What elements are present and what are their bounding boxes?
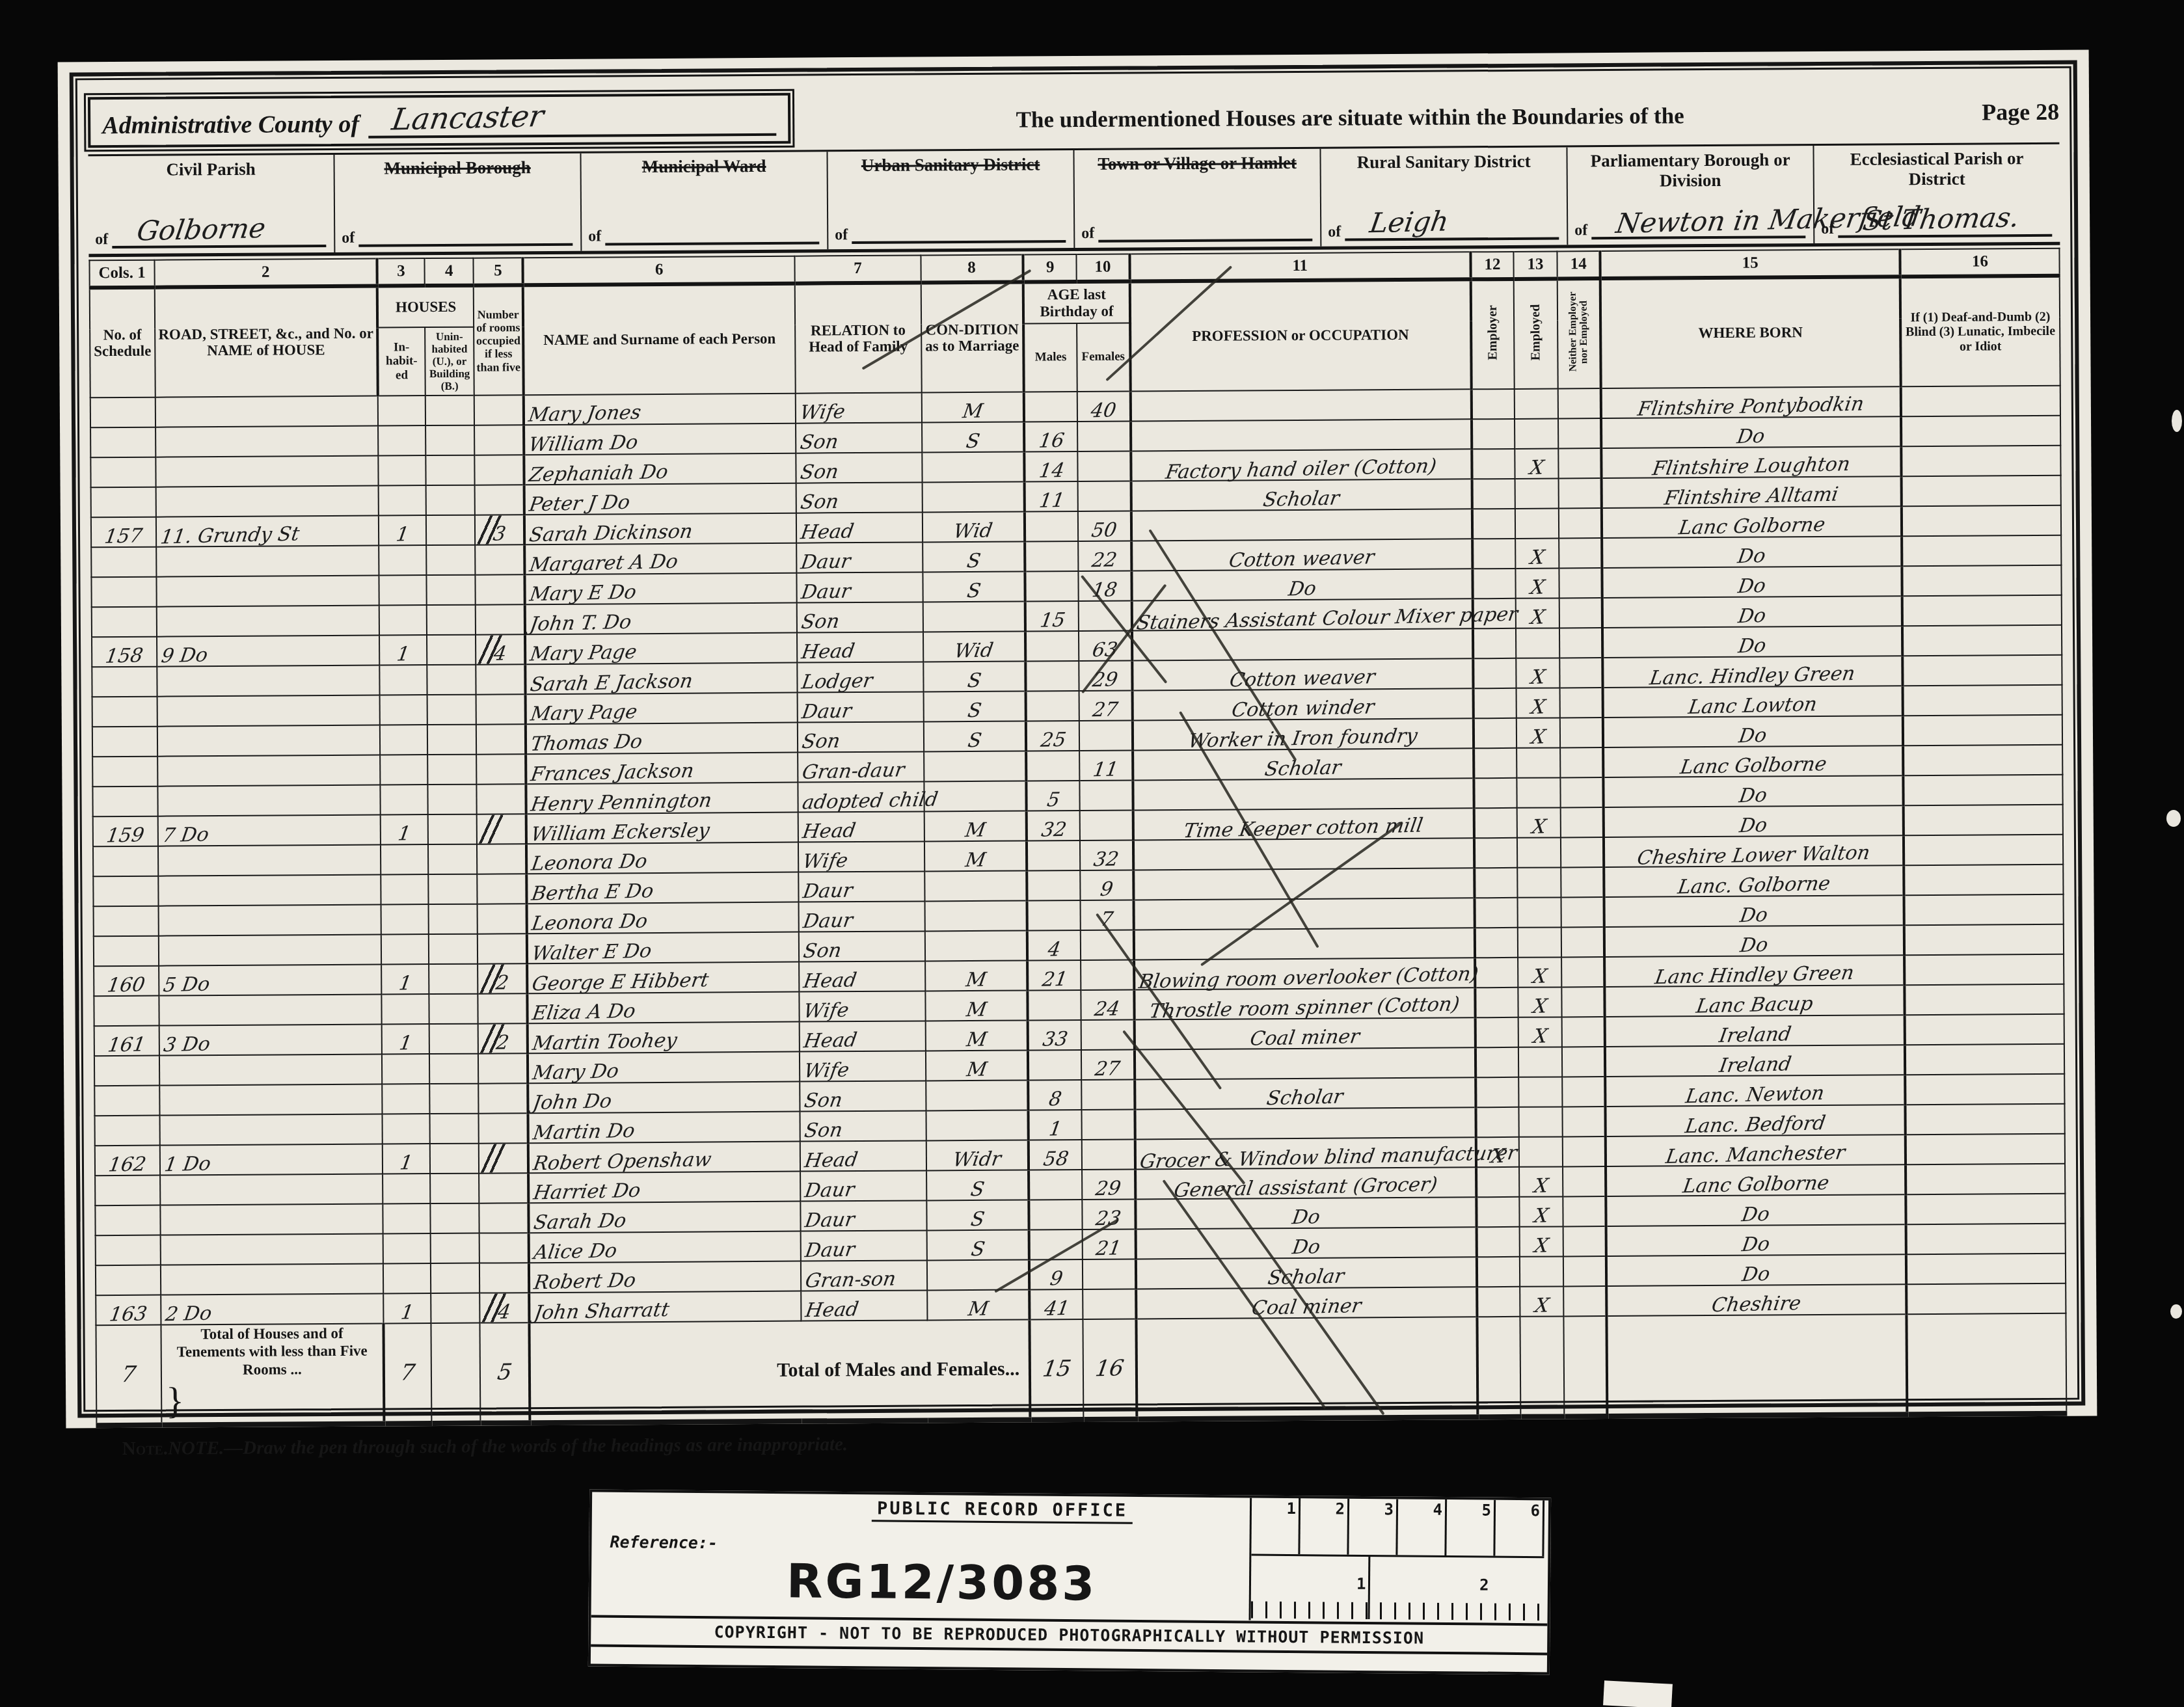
cell-occupation: Scholar (1131, 479, 1472, 511)
cell-rooms (476, 664, 526, 694)
cell-address (158, 904, 381, 935)
header-occupation: PROFESSION or OCCUPATION (1129, 279, 1471, 391)
cell-employer (1474, 808, 1517, 838)
cell-relation: Son (796, 422, 922, 453)
cell-occupation: Do (1131, 569, 1472, 600)
cell-neither (1561, 837, 1604, 867)
cell-occupation: Cotton weaver (1131, 539, 1472, 571)
table-head: Cols. 1 2 3 4 5 6 7 8 9 10 11 12 13 14 1… (89, 249, 2060, 397)
cell-born: Do (1606, 1224, 1906, 1256)
cell-age-male: 25 (1026, 721, 1079, 751)
cell-uninhabited (429, 1023, 478, 1053)
county-header-row: Administrative County of Lancaster The u… (88, 74, 2060, 148)
cell-employed: X (1515, 448, 1558, 478)
of-label: of (95, 231, 108, 249)
cell-name: Eliza A Do (527, 991, 799, 1023)
cell-schedule: 157 (91, 517, 156, 547)
cell-employed: X (1520, 1286, 1563, 1316)
cell-condition (924, 900, 1027, 931)
cell-age-female: 24 (1081, 989, 1134, 1019)
cell-employer (1475, 1047, 1518, 1077)
cell-address: 1 Do (160, 1144, 383, 1175)
cell-condition: S (923, 691, 1026, 721)
admin-county-label: Administrative County of (102, 110, 359, 140)
pro-stamp-card: PUBLIC RECORD OFFICE Reference:- RG12/30… (588, 1490, 1551, 1675)
colnum: 12 (1470, 252, 1514, 279)
cell-infirm (1904, 864, 2064, 894)
colnum: 11 (1129, 252, 1470, 281)
cell-rooms (479, 1263, 529, 1293)
cell-relation: Lodger (797, 662, 923, 692)
cell-condition: M (924, 840, 1027, 871)
cell-uninhabited (425, 395, 475, 425)
cell-relation: Head (799, 961, 925, 991)
cell-employer (1473, 658, 1517, 688)
cell-age-female: 23 (1082, 1199, 1135, 1229)
cell-name: Bertha E Do (526, 872, 798, 904)
cell-schedule (92, 756, 157, 786)
cell-name: Harriet Do (528, 1171, 800, 1203)
cell-neither (1558, 418, 1602, 448)
ruler-cm-cell: 5 (1446, 1499, 1496, 1556)
total-schedule: 7 (96, 1324, 161, 1425)
cell-age-male: 15 (1025, 601, 1079, 631)
cell-neither (1559, 628, 1603, 658)
footnote-text: NOTE.—Draw the pen through such of the w… (168, 1434, 848, 1459)
cell-address (155, 396, 378, 427)
cell-relation: Head (801, 1290, 927, 1321)
cell-inhabited (380, 695, 427, 725)
cell-relation: Head (796, 512, 923, 543)
cell-age-male (1029, 1170, 1082, 1200)
cell-neither (1559, 688, 1603, 718)
district-rule: Leigh (1345, 230, 1559, 241)
district-value: Leigh (1368, 205, 1451, 239)
of-label: of (1574, 222, 1587, 239)
cell-age-female (1079, 720, 1133, 750)
cell-relation: Head (800, 1021, 926, 1051)
cell-infirm (1906, 1223, 2066, 1254)
cell-name: Walter E Do (527, 932, 799, 963)
cell-occupation: Stainers Assistant Colour Mixer paper (1131, 598, 1472, 630)
total-uninhabited (431, 1323, 481, 1423)
cell-occupation: Do (1135, 1197, 1476, 1229)
cell-schedule (94, 935, 159, 966)
total-houses-label-cell: Total of Houses and of Tenements with le… (161, 1323, 384, 1425)
total-neither-blank (1563, 1316, 1608, 1417)
cell-uninhabited (428, 904, 478, 934)
district-rule (605, 235, 819, 245)
cell-uninhabited (431, 1263, 480, 1293)
cell-born: Lanc Golborne (1603, 746, 1903, 777)
cell-inhabited (379, 575, 427, 605)
cell-uninhabited (425, 485, 475, 515)
cell-employer (1474, 928, 1518, 958)
cell-address (156, 545, 379, 576)
cell-age-female: 7 (1080, 900, 1133, 930)
cell-schedule (92, 696, 157, 727)
cell-occupation: Scholar (1135, 1077, 1476, 1109)
cell-employer (1476, 1197, 1520, 1227)
cell-occupation (1130, 389, 1471, 421)
cell-rooms (475, 485, 524, 515)
cell-age-male: 58 (1029, 1140, 1082, 1170)
cell-age-female (1080, 810, 1133, 840)
cell-age-male (1025, 571, 1079, 601)
cell-employer (1473, 628, 1517, 658)
cell-born: Cheshire (1607, 1284, 1907, 1316)
of-label: of (342, 230, 355, 247)
total-rooms: 5 (480, 1323, 530, 1423)
cell-employed: X (1518, 1017, 1562, 1047)
cell-neither (1563, 1136, 1606, 1166)
cell-relation: Wife (796, 392, 922, 423)
cell-name: Mary Do (528, 1051, 800, 1083)
district-of-line: of Newton in Makerfield (1574, 221, 1805, 239)
cell-schedule (94, 995, 159, 1026)
ruler-top-scale: 123456 (1251, 1498, 1544, 1558)
cell-schedule: 162 (95, 1145, 160, 1176)
cell-name: Leonora Do (526, 842, 798, 874)
cell-inhabited (381, 874, 428, 904)
cell-name: Robert Do (529, 1261, 801, 1293)
cell-relation: adopted child (798, 781, 924, 812)
cell-name: Margaret A Do (524, 543, 796, 574)
cell-condition: M (925, 990, 1028, 1021)
cell-uninhabited (430, 1233, 479, 1263)
cell-schedule (95, 1175, 160, 1205)
cell-employer (1474, 868, 1518, 898)
cell-address: 2 Do (161, 1293, 383, 1324)
cell-age-male (1025, 511, 1078, 541)
cell-age-female (1081, 1079, 1135, 1109)
cell-employed (1518, 1047, 1562, 1077)
cell-uninhabited (427, 664, 476, 694)
cell-infirm (1902, 595, 2062, 625)
cell-rooms (478, 874, 527, 904)
district-label: Town or Village or Hamlet (1081, 153, 1314, 174)
colnum: 5 (474, 258, 523, 285)
cell-relation: Son (797, 602, 923, 632)
cell-employer (1476, 1257, 1520, 1287)
ruler-cm-cell: 1 (1251, 1498, 1301, 1554)
cell-name: Sarah Do (528, 1201, 800, 1233)
cell-name: Robert Openshaw (528, 1141, 800, 1173)
cell-name: Peter J Do (524, 483, 796, 515)
district-of-line: of (588, 226, 819, 245)
cell-condition (924, 781, 1027, 811)
cell-uninhabited (425, 455, 475, 485)
cell-name: Martin Toohey (528, 1021, 800, 1053)
cell-condition: S (924, 721, 1027, 751)
cell-rooms (479, 1203, 529, 1233)
cell-name: Mary E Do (525, 572, 797, 604)
cell-infirm (1901, 505, 2061, 535)
ruler-inch-1: 1 (1356, 1575, 1366, 1593)
cell-employer (1472, 569, 1516, 598)
cell-born: Lanc Bacup (1605, 985, 1905, 1017)
district-rule (1098, 232, 1312, 243)
colnum: 16 (1900, 249, 2060, 276)
cell-age-female: 63 (1079, 630, 1132, 660)
stamp-reference-number: RG12/3083 (787, 1553, 1098, 1611)
district-label: Urban Sanitary District (835, 154, 1067, 176)
cell-inhabited (379, 605, 427, 635)
cell-age-female (1083, 1259, 1136, 1289)
district-label: Ecclesiastical Parish or District (1820, 148, 2053, 190)
cell-employed (1518, 1077, 1562, 1107)
cell-address (157, 785, 380, 816)
cell-condition (926, 1110, 1029, 1140)
cell-rooms (478, 904, 527, 934)
cell-age-male: 4 (1027, 930, 1081, 960)
total-males-females-label: Total of Males and Females... (530, 1319, 1031, 1423)
cell-uninhabited (427, 634, 476, 664)
cell-condition (924, 870, 1027, 901)
cell-rooms (477, 844, 526, 874)
microfilm-scan: { "page": { "admin_county_label": "Admin… (0, 0, 2184, 1707)
of-label: of (1328, 224, 1341, 241)
cell-rooms (477, 754, 526, 784)
cell-schedule (95, 1115, 160, 1146)
cell-schedule (92, 606, 157, 637)
cell-condition: Widr (926, 1140, 1029, 1170)
cell-rooms (476, 604, 525, 634)
cell-employed: X (1519, 1166, 1563, 1196)
cell-age-male: 9 (1029, 1259, 1083, 1289)
stamp-office-title: PUBLIC RECORD OFFICE (872, 1498, 1133, 1524)
district-of-line: of (1081, 224, 1312, 243)
cell-employer (1474, 898, 1518, 928)
cell-address: 9 Do (157, 635, 379, 666)
cell-born: Ireland (1605, 1015, 1905, 1047)
ruler-cm-cell: 4 (1397, 1499, 1447, 1555)
cell-rooms: 2 (478, 1023, 528, 1053)
header-employed: Employed (1514, 278, 1558, 388)
district-box: Rural Sanitary District of Leigh (1321, 147, 1568, 246)
cell-relation: Son (800, 1110, 926, 1141)
cell-born: Do (1604, 895, 1904, 927)
cell-neither (1558, 478, 1602, 508)
cell-infirm (1904, 924, 2064, 954)
colnum: 7 (794, 255, 921, 283)
cell-address (157, 755, 380, 786)
cell-born: Do (1602, 626, 1902, 658)
cell-rooms (477, 784, 526, 814)
admin-county-value: Lancaster (390, 98, 546, 137)
cell-born: Lanc. Bedford (1606, 1105, 1906, 1136)
cell-relation: Head (798, 811, 924, 842)
district-of-line: of Leigh (1328, 222, 1559, 241)
cell-rooms: 3 (475, 515, 524, 544)
cell-born: Lanc. Hindley Green (1603, 656, 1903, 688)
admin-county-box: Administrative County of Lancaster (88, 93, 790, 148)
cell-condition: M (927, 1289, 1030, 1320)
cell-address (157, 665, 379, 696)
cell-occupation: Do (1135, 1227, 1476, 1259)
cell-inhabited (378, 425, 425, 455)
cell-infirm (1904, 894, 2064, 924)
header-neither: Neither Employer nor Employed (1557, 278, 1601, 388)
cell-relation: Wife (799, 991, 925, 1021)
cell-rooms (479, 1113, 528, 1143)
cell-rooms (476, 574, 525, 604)
cell-inhabited (382, 1084, 429, 1114)
colnum: 10 (1076, 254, 1129, 281)
stamp-reference-label: Reference:- (610, 1533, 718, 1552)
cell-employed (1517, 837, 1561, 867)
cell-infirm (1906, 1163, 2066, 1194)
cell-age-female (1077, 421, 1131, 451)
cell-rooms (479, 1083, 528, 1113)
cell-born: Do (1602, 536, 1902, 568)
cell-address (157, 605, 379, 636)
cell-rooms (478, 1053, 528, 1083)
cell-relation: Daur (800, 1170, 926, 1201)
cell-uninhabited (425, 425, 475, 455)
cell-neither (1559, 538, 1602, 568)
cell-age-female: 21 (1083, 1229, 1136, 1259)
cell-uninhabited (427, 784, 477, 814)
cell-inhabited (379, 665, 427, 695)
cell-uninhabited (430, 1203, 479, 1233)
cell-address (159, 1114, 382, 1145)
cell-born: Lanc. Golborne (1604, 865, 1904, 897)
cell-employed: X (1515, 538, 1559, 568)
cell-age-male: 16 (1024, 422, 1077, 451)
cell-inhabited (379, 545, 426, 575)
brace-glyph: } (166, 1380, 184, 1422)
colnum: 2 (154, 259, 377, 288)
cell-schedule (92, 726, 157, 757)
header-relation: RELATION to Head of Family (795, 282, 922, 393)
cell-infirm (1902, 654, 2062, 685)
cell-neither (1563, 1196, 1606, 1226)
cell-inhabited: 1 (381, 814, 428, 844)
cell-name: John T. Do (525, 602, 797, 634)
cell-born: Lanc. Manchester (1606, 1135, 1906, 1166)
cell-occupation: Throstle room spinner (Cotton) (1134, 988, 1475, 1019)
cell-employer (1472, 509, 1515, 539)
cell-schedule (91, 487, 156, 517)
cell-relation: Gran-son (801, 1260, 927, 1291)
totals-row: 7 Total of Houses and of Tenements with … (96, 1313, 2066, 1425)
cell-employed (1517, 867, 1561, 897)
cell-age-female: 18 (1078, 571, 1131, 600)
cell-infirm (1904, 1014, 2064, 1044)
cell-neither (1562, 1047, 1606, 1077)
district-label: Parliamentary Borough or Division (1574, 150, 1806, 191)
cell-neither (1559, 568, 1602, 598)
cell-inhabited (383, 1203, 430, 1233)
total-inhabited: 7 (384, 1323, 432, 1424)
cell-born: Do (1602, 596, 1902, 628)
cell-employed (1517, 747, 1560, 777)
cell-relation: Daur (796, 572, 923, 602)
district-box: Civil Parish of Golborne (88, 155, 335, 254)
ruler-inch-2: 2 (1479, 1576, 1489, 1594)
cell-employed: X (1519, 1196, 1563, 1226)
cell-inhabited (383, 1263, 431, 1293)
cell-schedule: 161 (94, 1025, 159, 1056)
cell-infirm (1903, 774, 2063, 805)
cell-name: John Sharratt (529, 1291, 801, 1323)
cell-neither (1559, 598, 1602, 628)
cell-uninhabited (426, 515, 476, 544)
header-born: WHERE BORN (1600, 276, 1900, 388)
cell-address (159, 1054, 382, 1085)
cell-name: Alice Do (529, 1231, 801, 1263)
cell-employer (1473, 718, 1517, 748)
cell-infirm (1901, 415, 2061, 446)
district-box: Municipal Borough of (334, 154, 582, 252)
header-males: Males (1023, 323, 1077, 392)
cell-inhabited: 1 (383, 1144, 430, 1174)
cell-age-female: 9 (1080, 870, 1133, 900)
cell-age-female (1081, 1019, 1135, 1049)
cell-infirm (1904, 954, 2064, 984)
cell-address: 7 Do (158, 814, 381, 846)
total-empd-blank (1520, 1316, 1565, 1417)
cell-relation: Daur (798, 871, 924, 902)
cell-age-male (1026, 691, 1079, 721)
cell-condition: M (924, 811, 1027, 841)
cell-employed (1519, 1136, 1563, 1166)
cell-condition: Wid (923, 511, 1025, 542)
cell-born: Flintshire Loughton (1602, 446, 1902, 478)
district-rule: St Thomas. (1838, 228, 2052, 238)
cell-uninhabited (426, 604, 476, 634)
cell-schedule (94, 906, 159, 936)
cell-born: Lanc Hindley Green (1604, 955, 1904, 987)
cell-address (155, 425, 378, 457)
cell-occupation (1133, 778, 1474, 810)
cell-uninhabited (427, 754, 477, 784)
cell-name: Mary Page (525, 632, 797, 664)
cell-uninhabited (429, 1113, 479, 1143)
of-label: of (1821, 221, 1834, 238)
cell-rooms (474, 395, 524, 425)
cell-uninhabited (429, 1083, 479, 1113)
cell-employer (1476, 1107, 1519, 1137)
cell-age-female (1083, 1289, 1136, 1319)
cell-schedule: 163 (96, 1295, 161, 1325)
cell-inhabited (381, 994, 429, 1024)
cell-age-male (1026, 751, 1079, 781)
cell-schedule (92, 666, 157, 697)
cell-schedule (90, 457, 155, 487)
cell-name: Thomas Do (526, 722, 798, 754)
cell-address: 3 Do (159, 1024, 382, 1055)
cell-schedule (93, 846, 158, 876)
cell-born: Do (1606, 1194, 1906, 1226)
cell-age-female: 29 (1079, 660, 1132, 690)
total-females: 16 (1083, 1319, 1137, 1419)
cell-age-male (1027, 900, 1081, 930)
page-number: Page 28 (1909, 98, 2059, 137)
admin-county-rule: Lancaster (368, 98, 777, 139)
cell-condition (925, 930, 1028, 961)
cell-rooms (477, 814, 526, 844)
cell-inhabited (381, 904, 429, 934)
cell-neither (1563, 1166, 1606, 1196)
cell-infirm (1902, 535, 2062, 565)
cell-uninhabited (428, 844, 478, 874)
colnum: 8 (921, 254, 1023, 282)
cell-inhabited (383, 1174, 430, 1203)
cell-inhabited (378, 455, 425, 485)
cell-age-female (1081, 960, 1134, 989)
